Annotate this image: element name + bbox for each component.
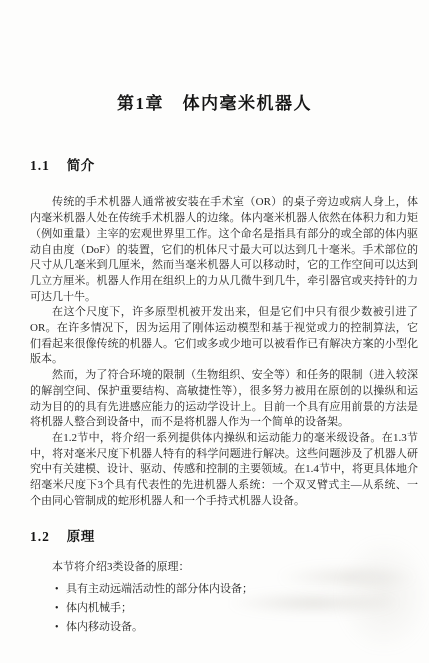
bullet-icon: • <box>55 619 66 637</box>
chapter-title: 第1章 体内毫米机器人 <box>0 94 429 114</box>
list-item-text: 体内机械手； <box>66 602 132 614</box>
paragraph-4: 在1.2节中，将介绍一系列提供体内操纵和运动能力的毫米级设备。在1.3节中，将对… <box>30 431 418 510</box>
section-title: 简介 <box>67 158 95 173</box>
section-1-1-body: 传统的手术机器人通常被安装在手术室（OR）的桌子旁边或病人身上，体内毫米机器人处… <box>30 195 418 509</box>
paragraph-1: 传统的手术机器人通常被安装在手术室（OR）的桌子旁边或病人身上，体内毫米机器人处… <box>30 195 418 305</box>
list-item: •具有主动远端活动性的部分体内设备； <box>55 580 418 599</box>
section-heading-1-2: 1.2 原理 <box>30 529 429 545</box>
section-number: 1.2 <box>30 529 50 544</box>
section-1-2-body: 本节将介绍3类设备的原理： •具有主动远端活动性的部分体内设备； •体内机械手；… <box>30 560 418 637</box>
bullet-icon: • <box>55 581 66 599</box>
list-item-text: 具有主动远端活动性的部分体内设备； <box>66 583 253 595</box>
device-type-list: •具有主动远端活动性的部分体内设备； •体内机械手； •体内移动设备。 <box>30 580 418 637</box>
list-item: •体内移动设备。 <box>55 618 418 637</box>
bullet-icon: • <box>55 600 66 618</box>
book-page: 第1章 体内毫米机器人 1.1 简介 传统的手术机器人通常被安装在手术室（OR）… <box>0 0 429 663</box>
list-item-text: 体内移动设备。 <box>66 621 143 633</box>
paragraph-2: 在这个尺度下，许多原型机被开发出来，但是它们中只有很少数被引进了OR。在许多情况… <box>30 305 418 368</box>
list-item: •体内机械手； <box>55 599 418 618</box>
section-number: 1.1 <box>30 158 50 173</box>
paragraph-3: 然而，为了符合环境的限制（生物组织、安全等）和任务的限制（进入较深的解剖空间、保… <box>30 368 418 431</box>
principle-intro-line: 本节将介绍3类设备的原理： <box>30 560 418 576</box>
section-heading-1-1: 1.1 简介 <box>30 158 429 174</box>
section-title: 原理 <box>67 529 95 544</box>
